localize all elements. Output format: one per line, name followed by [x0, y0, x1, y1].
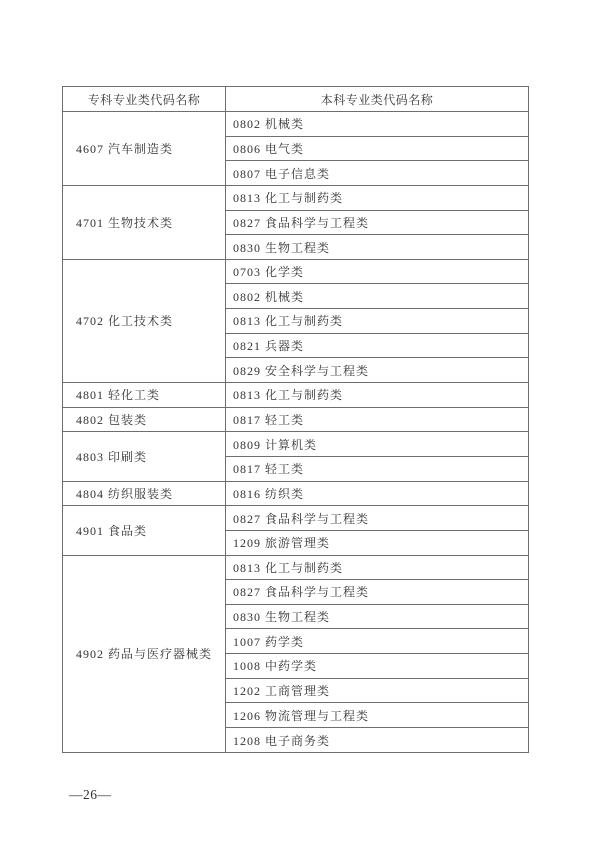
page-number: —26— — [69, 787, 112, 803]
benke-category-cell: 0703 化学类 — [226, 259, 529, 284]
benke-category-cell: 0816 纺织类 — [226, 481, 529, 506]
benke-category-cell: 0817 轻工类 — [226, 407, 529, 432]
benke-category-cell: 0821 兵器类 — [226, 333, 529, 358]
benke-category-cell: 0829 安全科学与工程类 — [226, 358, 529, 383]
benke-category-cell: 0830 生物工程类 — [226, 235, 529, 260]
benke-category-cell: 0827 食品科学与工程类 — [226, 506, 529, 531]
benke-category-cell: 1202 工商管理类 — [226, 678, 529, 703]
benke-category-cell: 0813 化工与制药类 — [226, 185, 529, 210]
benke-category-cell: 0813 化工与制药类 — [226, 555, 529, 580]
benke-category-cell: 0809 计算机类 — [226, 432, 529, 457]
column-header-benke: 本科专业类代码名称 — [226, 87, 529, 112]
benke-category-cell: 1007 药学类 — [226, 629, 529, 654]
zhuanke-category-cell: 4702 化工技术类 — [63, 259, 226, 382]
benke-category-cell: 1209 旅游管理类 — [226, 530, 529, 555]
table-row: 4804 纺织服装类0816 纺织类 — [63, 481, 529, 506]
benke-category-cell: 1206 物流管理与工程类 — [226, 703, 529, 728]
table-row: 4702 化工技术类0703 化学类 — [63, 259, 529, 284]
benke-category-cell: 0827 食品科学与工程类 — [226, 210, 529, 235]
zhuanke-category-cell: 4804 纺织服装类 — [63, 481, 226, 506]
benke-category-cell: 0807 电子信息类 — [226, 161, 529, 186]
benke-category-cell: 0830 生物工程类 — [226, 604, 529, 629]
table-row: 4801 轻化工类0813 化工与制药类 — [63, 383, 529, 408]
benke-category-cell: 1208 电子商务类 — [226, 728, 529, 753]
document-page: 专科专业类代码名称 本科专业类代码名称 4607 汽车制造类0802 机械类08… — [0, 0, 600, 848]
zhuanke-category-cell: 4902 药品与医疗器械类 — [63, 555, 226, 752]
benke-category-cell: 0802 机械类 — [226, 284, 529, 309]
zhuanke-category-cell: 4607 汽车制造类 — [63, 112, 226, 186]
benke-category-cell: 0802 机械类 — [226, 112, 529, 137]
zhuanke-category-cell: 4803 印刷类 — [63, 432, 226, 481]
table-row: 4607 汽车制造类0802 机械类 — [63, 112, 529, 137]
table-row: 4803 印刷类0809 计算机类 — [63, 432, 529, 457]
table-row: 4901 食品类0827 食品科学与工程类 — [63, 506, 529, 531]
zhuanke-category-cell: 4901 食品类 — [63, 506, 226, 555]
column-header-zhuanke: 专科专业类代码名称 — [63, 87, 226, 112]
table-row: 4802 包装类0817 轻工类 — [63, 407, 529, 432]
table-header-row: 专科专业类代码名称 本科专业类代码名称 — [63, 87, 529, 112]
table-row: 4701 生物技术类0813 化工与制药类 — [63, 185, 529, 210]
benke-category-cell: 0813 化工与制药类 — [226, 383, 529, 408]
benke-category-cell: 1008 中药学类 — [226, 654, 529, 679]
benke-category-cell: 0817 轻工类 — [226, 456, 529, 481]
zhuanke-category-cell: 4802 包装类 — [63, 407, 226, 432]
table-body: 4607 汽车制造类0802 机械类0806 电气类0807 电子信息类4701… — [63, 112, 529, 753]
benke-category-cell: 0827 食品科学与工程类 — [226, 580, 529, 605]
table-row: 4902 药品与医疗器械类0813 化工与制药类 — [63, 555, 529, 580]
benke-category-cell: 0806 电气类 — [226, 136, 529, 161]
zhuanke-category-cell: 4801 轻化工类 — [63, 383, 226, 408]
major-mapping-table: 专科专业类代码名称 本科专业类代码名称 4607 汽车制造类0802 机械类08… — [62, 86, 529, 753]
zhuanke-category-cell: 4701 生物技术类 — [63, 185, 226, 259]
benke-category-cell: 0813 化工与制药类 — [226, 309, 529, 334]
